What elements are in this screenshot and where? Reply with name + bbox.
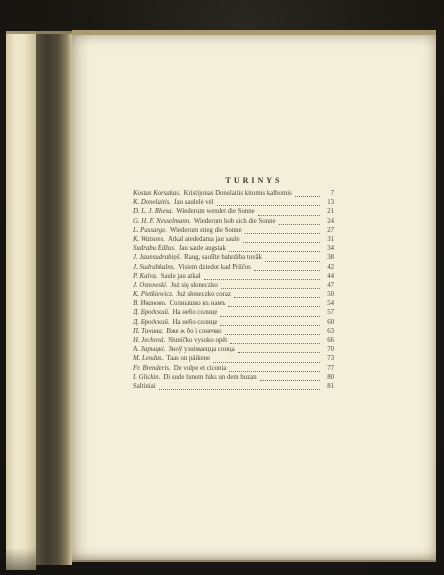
toc-entry-author: J. Jaunsudrabiņš. [133, 254, 184, 261]
toc-entry-page: 42 [323, 264, 334, 271]
toc-entry-author: D. L. J. Rhesa. [133, 208, 176, 215]
toc-entry-title: Wiederum hob sich die Sonne [194, 218, 276, 225]
toc-entry-title: Wiederum stieg die Sonne [170, 227, 242, 234]
toc-entry-author: H. Jechová. [133, 337, 168, 344]
dot-leader [220, 325, 320, 326]
toc-entry-page: 24 [323, 218, 334, 225]
toc-entry: Kostas Korsakas. Kristijonas Donelaitis … [133, 190, 334, 199]
toc-entry-page: 7 [323, 190, 334, 197]
toc-entry-page: 57 [323, 309, 334, 316]
table-of-contents: Kostas Korsakas. Kristijonas Donelaitis … [133, 190, 334, 392]
toc-entry-page: 60 [323, 319, 334, 326]
toc-entry-author: K. Watsons. [133, 236, 168, 243]
dot-leader [243, 242, 320, 243]
dot-leader [204, 279, 320, 280]
dot-leader [225, 334, 320, 335]
contents-page: TURINYS Kostas Korsakas. Kristijonas Don… [72, 30, 436, 562]
book-photo: TURINYS Kostas Korsakas. Kristijonas Don… [0, 0, 444, 575]
toc-entry-page: 34 [323, 245, 334, 252]
toc-entry-page: 44 [323, 273, 334, 280]
left-page-edges [6, 31, 36, 570]
toc-entry-page: 21 [323, 208, 334, 215]
dot-leader [213, 362, 320, 363]
toc-entry-author: Д. Бродский. [133, 319, 173, 326]
dot-leader [238, 352, 320, 353]
toc-entry-title: Jau saulelė vėl [174, 199, 214, 206]
gutter-shadow [36, 31, 72, 565]
toc-entry: Д. Бродский. На небо солнце 57 [133, 309, 334, 318]
toc-entry-author: K. Donelaitis. [133, 199, 174, 206]
toc-entry-title: Sluníčko vysoko opět [168, 337, 227, 344]
toc-entry-title: Wiederum wendet die Sonne [176, 208, 254, 215]
toc-entry-author: K. Pietkiewicz. [133, 291, 177, 298]
toc-entry: K. Watsons. Atkal atededama jau saule 31 [133, 236, 334, 245]
toc-entry-author: J. Osnowski. [133, 282, 171, 289]
toc-entry-title: Visiem dziedot kad Prūčos [178, 264, 251, 271]
toc-entry-author: G. H. F. Nesselmann. [133, 218, 194, 225]
toc-entry-title: Šaltiniai [133, 383, 156, 390]
toc-entry: Sudrabu Edžus. Jau saule augstak 34 [133, 245, 334, 254]
dot-leader [265, 261, 320, 262]
toc-entry: K. Donelaitis. Jau saulelė vėl 13 [133, 199, 334, 208]
toc-entry: L. Passarge. Wiederum stieg die Sonne 27 [133, 227, 334, 236]
toc-entry-page: 47 [323, 282, 334, 289]
dot-leader [258, 215, 320, 216]
toc-entry-title: На небо солнце [173, 319, 218, 326]
toc-entry-author: Kostas Korsakas. [133, 190, 184, 197]
toc-entry: H. Jechová. Sluníčko vysoko opět 66 [133, 337, 334, 346]
dot-leader [217, 205, 320, 206]
toc-entry-author: M. Leodus. [133, 355, 166, 362]
toc-entry-title: На небо солнце [173, 309, 218, 316]
toc-entry: П. Тичина. Вже ж бо і сонечко 63 [133, 328, 334, 337]
toc-entry-title: Di sude funem fuks un dem buzan [163, 374, 256, 381]
toc-entry-title: Зноў узнімаецца сонца [168, 346, 234, 353]
toc-entry: В. Ивановъ. Солнышко къ намъ 54 [133, 300, 334, 309]
toc-entry-page: 38 [323, 254, 334, 261]
dot-leader [229, 251, 320, 252]
toc-entry-title: Kristijonas Donelaitis kitomis kalbomis [184, 190, 292, 197]
dot-leader [229, 371, 320, 372]
toc-entry-page: 63 [323, 328, 334, 335]
toc-entry-title: Taas on päikene [166, 355, 210, 362]
toc-entry-author: J. Sudrabkalns. [133, 264, 178, 271]
dot-leader [279, 224, 321, 225]
toc-entry-page: 31 [323, 236, 334, 243]
toc-entry-title: Вже ж бо і сонечко [166, 328, 221, 335]
dot-leader [230, 343, 320, 344]
toc-entry-author: P. Kalva. [133, 273, 161, 280]
dot-leader [221, 288, 320, 289]
toc-entry-page: 77 [323, 365, 334, 372]
toc-entry-author: I. Glickin. [133, 374, 163, 381]
toc-entry-page: 54 [323, 300, 334, 307]
dot-leader [245, 233, 320, 234]
toc-entry-title: Już słoneczko coraz [177, 291, 231, 298]
toc-entry: Д. Бродский. На небо солнце 60 [133, 319, 334, 328]
toc-entry-title: Już się słoneczko [171, 282, 218, 289]
toc-entry: P. Kalva. Saule jau atkal 44 [133, 273, 334, 282]
toc-entry: K. Pietkiewicz. Już słoneczko coraz 50 [133, 291, 334, 300]
dot-leader [254, 270, 320, 271]
toc-entry: D. L. J. Rhesa. Wiederum wendet die Sonn… [133, 208, 334, 217]
dot-leader [295, 196, 320, 197]
toc-entry-title: De vulpe et ciconia [174, 365, 227, 372]
toc-entry-author: Fr. Brenderis. [133, 365, 174, 372]
toc-entry-page: 66 [323, 337, 334, 344]
toc-entry-author: Д. Бродский. [133, 309, 173, 316]
toc-entry-title: Raug, saulīte bahrdiba tuvāk [184, 254, 262, 261]
toc-entry-page: 73 [323, 355, 334, 362]
dot-leader [220, 316, 320, 317]
toc-entry-page: 50 [323, 291, 334, 298]
toc-entry: Fr. Brenderis. De vulpe et ciconia 77 [133, 365, 334, 374]
toc-entry-title: Jau saule augstak [179, 245, 226, 252]
toc-entry-author: Sudrabu Edžus. [133, 245, 179, 252]
dot-leader [228, 306, 320, 307]
toc-entry-title: Saule jau atkal [161, 273, 201, 280]
toc-entry: M. Leodus. Taas on päikene 73 [133, 355, 334, 364]
toc-entry: I. Glickin. Di sude funem fuks un dem bu… [133, 374, 334, 383]
page-title: TURINYS [72, 176, 436, 185]
dot-leader [234, 297, 320, 298]
toc-entry: J. Jaunsudrabiņš. Raug, saulīte bahrdiba… [133, 254, 334, 263]
toc-entry-page: 27 [323, 227, 334, 234]
toc-entry-author: А. Зарыцкі. [133, 346, 168, 353]
dot-leader [159, 389, 320, 390]
toc-entry-page: 81 [323, 383, 334, 390]
dot-leader [260, 380, 320, 381]
toc-entry-author: L. Passarge. [133, 227, 170, 234]
toc-entry-title: Atkal atededama jau saule [168, 236, 240, 243]
toc-entry: А. Зарыцкі. Зноў узнімаецца сонца 70 [133, 346, 334, 355]
toc-entry-page: 13 [323, 199, 334, 206]
toc-entry-title: Солнышко къ намъ [170, 300, 226, 307]
toc-entry-author: В. Ивановъ. [133, 300, 170, 307]
toc-entry: J. Osnowski. Już się słoneczko 47 [133, 282, 334, 291]
toc-entry: G. H. F. Nesselmann. Wiederum hob sich d… [133, 218, 334, 227]
toc-entry: Šaltiniai 81 [133, 383, 334, 392]
toc-entry-page: 80 [323, 374, 334, 381]
toc-entry: J. Sudrabkalns. Visiem dziedot kad Prūčo… [133, 264, 334, 273]
toc-entry-author: П. Тичина. [133, 328, 166, 335]
toc-entry-page: 70 [323, 346, 334, 353]
